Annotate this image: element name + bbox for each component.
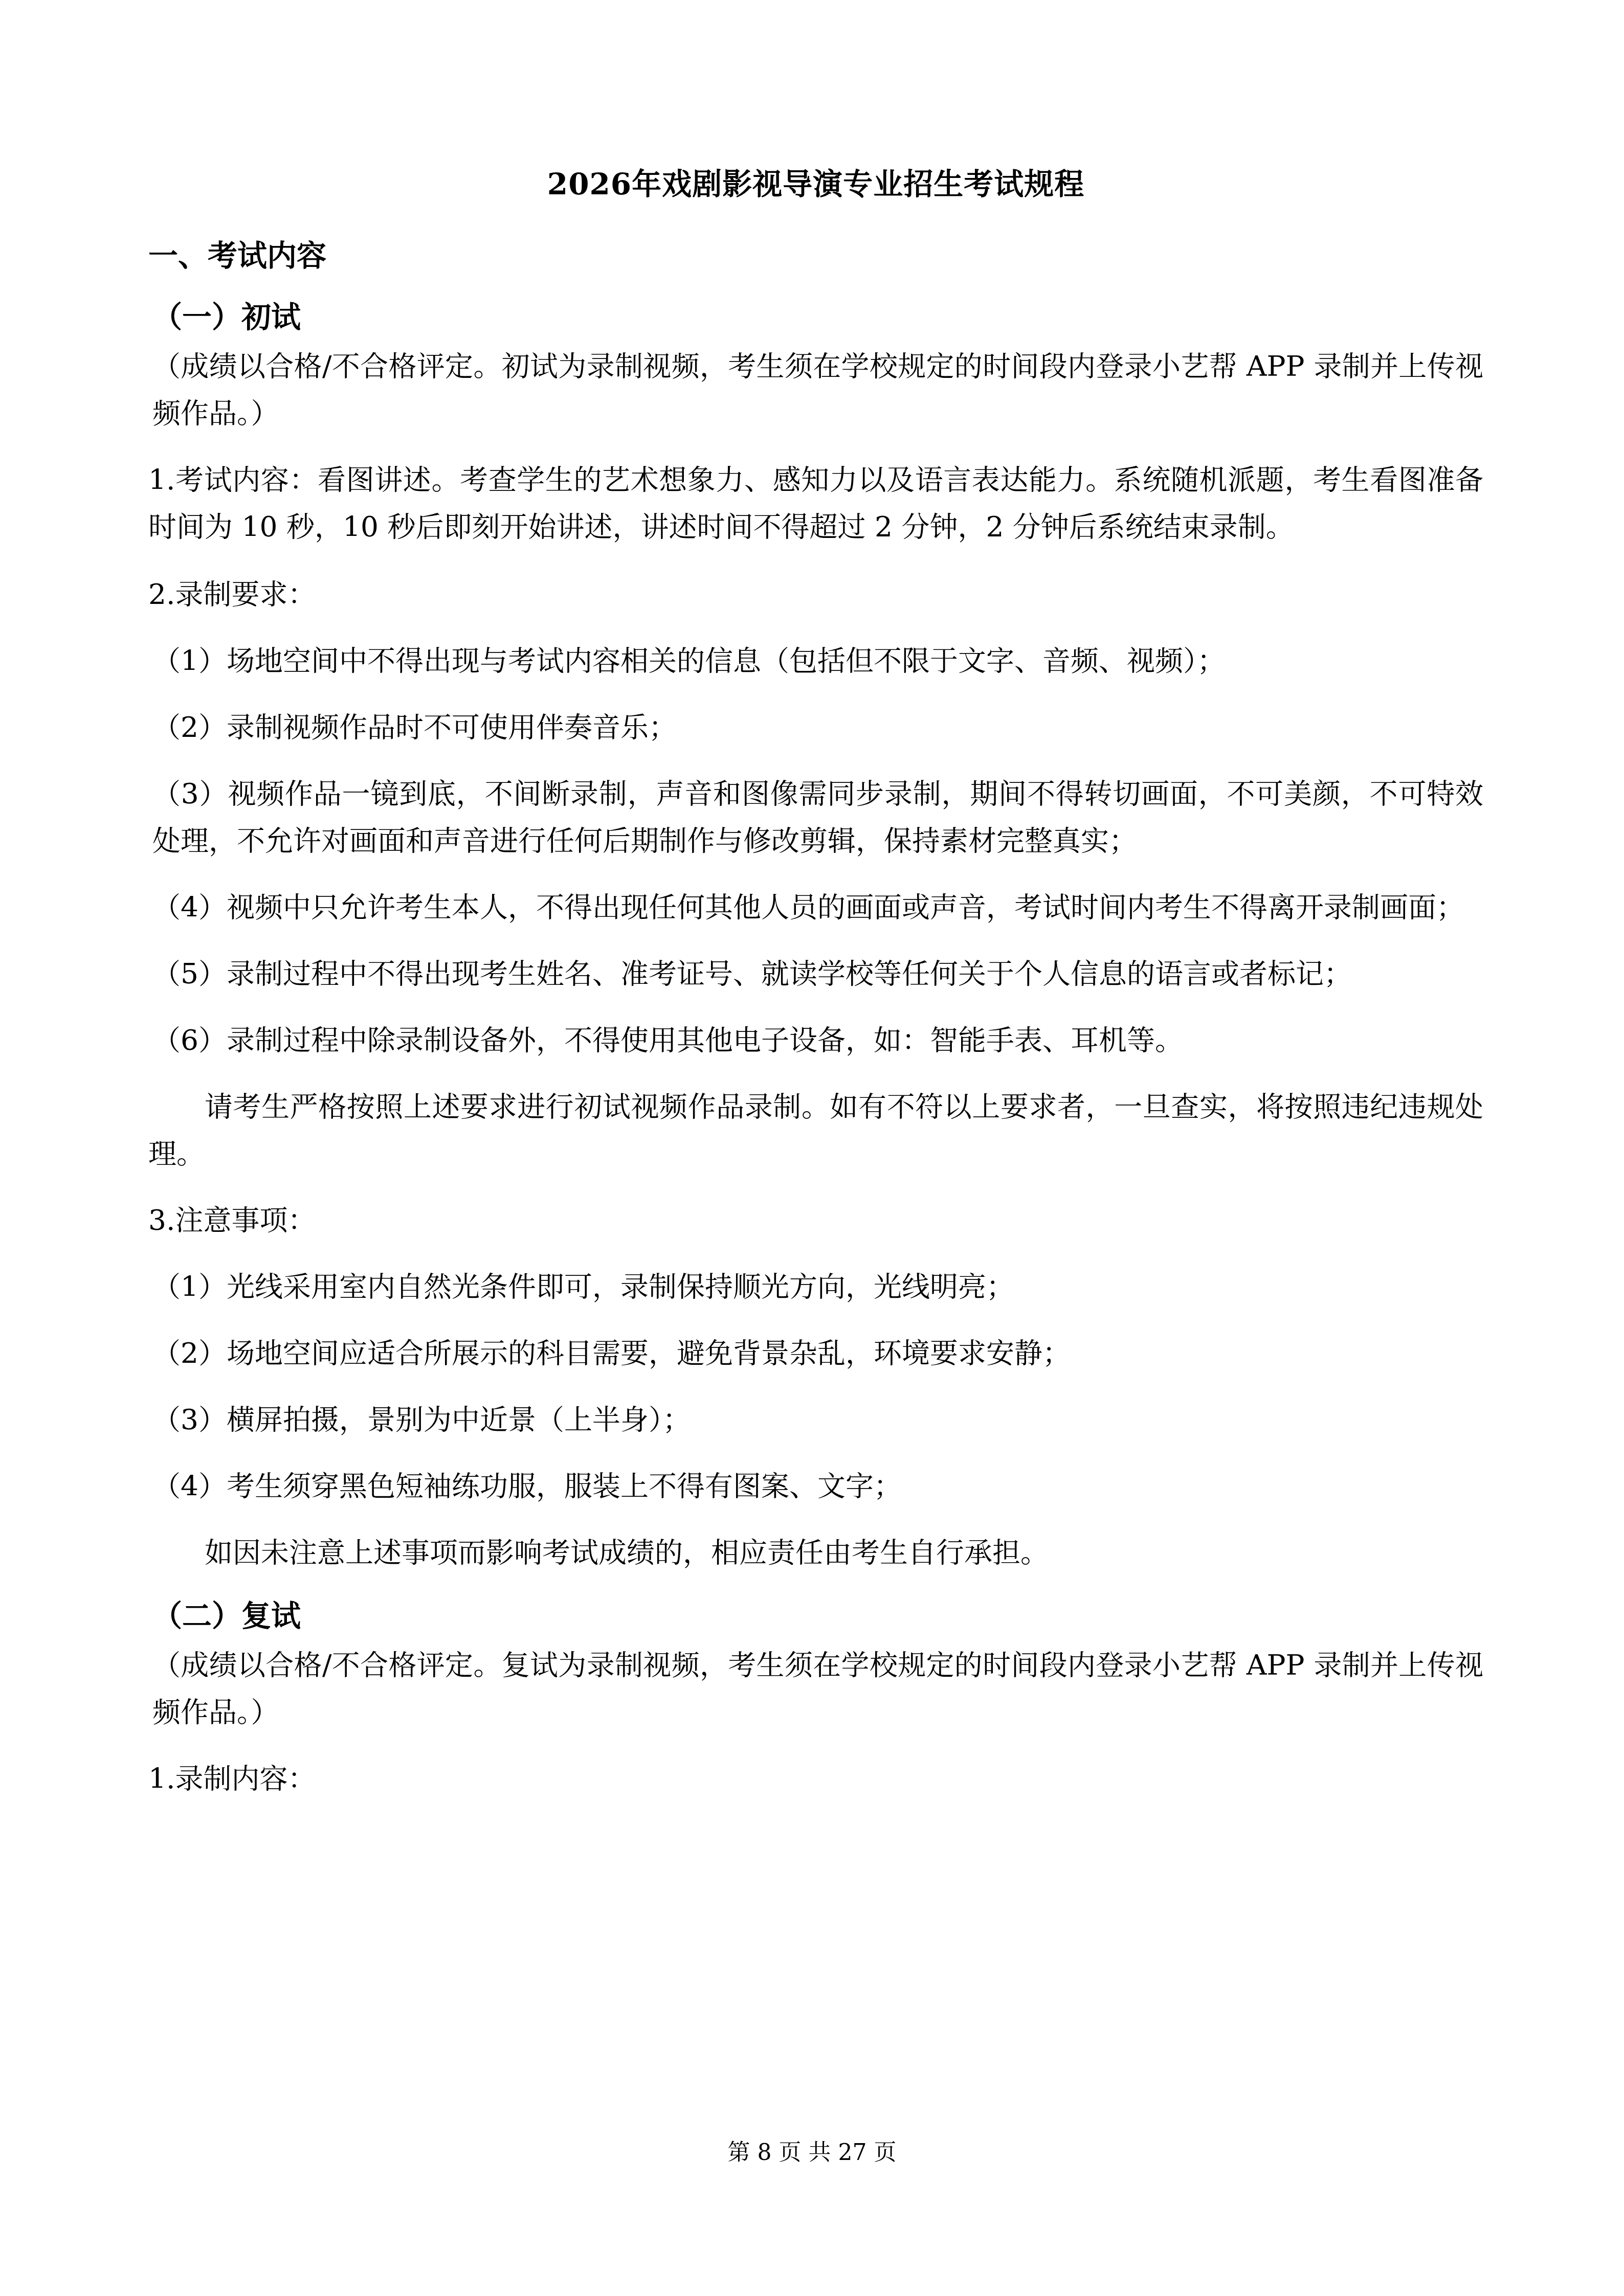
document-page: 2026年戏剧影视导演专业招生考试规程 一、考试内容 （一）初试 （成绩以合格/…: [0, 0, 1624, 2296]
recording-requirement-1: （1）场地空间中不得出现与考试内容相关的信息（包括但不限于文字、音频、视频）；: [148, 637, 1483, 684]
recording-requirement-4: （4）视频中只允许考生本人，不得出现任何其他人员的画面或声音，考试时间内考生不得…: [148, 884, 1483, 931]
section-heading-exam-content: 一、考试内容: [148, 235, 1483, 276]
recording-content-heading: 1.录制内容：: [148, 1755, 1483, 1802]
page-number-footer: 第 8 页 共 27 页: [0, 2137, 1624, 2168]
preliminary-note: （成绩以合格/不合格评定。初试为录制视频，考生须在学校规定的时间段内登录小艺帮 …: [148, 343, 1483, 437]
recording-requirement-5: （5）录制过程中不得出现考生姓名、准考证号、就读学校等任何关于个人信息的语言或者…: [148, 950, 1483, 997]
notice-2: （2）场地空间应适合所展示的科目需要，避免背景杂乱，环境要求安静；: [148, 1330, 1483, 1377]
subsection-heading-second-round: （二）复试: [148, 1595, 1483, 1636]
document-title: 2026年戏剧影视导演专业招生考试规程: [148, 164, 1483, 205]
notices-warning: 如因未注意上述事项而影响考试成绩的，相应责任由考生自行承担。: [148, 1529, 1483, 1576]
recording-requirement-6: （6）录制过程中除录制设备外，不得使用其他电子设备，如：智能手表、耳机等。: [148, 1017, 1483, 1064]
document-body: 2026年戏剧影视导演专业招生考试规程 一、考试内容 （一）初试 （成绩以合格/…: [148, 164, 1483, 1822]
recording-requirement-3: （3）视频作品一镜到底，不间断录制，声音和图像需同步录制，期间不得转切画面，不可…: [148, 770, 1483, 864]
subsection-heading-preliminary: （一）初试: [148, 297, 1483, 337]
recording-warning: 请考生严格按照上述要求进行初试视频作品录制。如有不符以上要求者，一旦查实，将按照…: [148, 1083, 1483, 1177]
notice-3: （3）横屏拍摄，景别为中近景（上半身）；: [148, 1396, 1483, 1443]
recording-requirements-heading: 2.录制要求：: [148, 571, 1483, 618]
second-round-note: （成绩以合格/不合格评定。复试为录制视频，考生须在学校规定的时间段内登录小艺帮 …: [148, 1641, 1483, 1736]
preliminary-exam-content: 1.考试内容：看图讲述。考查学生的艺术想象力、感知力以及语言表达能力。系统随机派…: [148, 456, 1483, 550]
recording-requirement-2: （2）录制视频作品时不可使用伴奏音乐；: [148, 704, 1483, 751]
notice-1: （1）光线采用室内自然光条件即可，录制保持顺光方向，光线明亮；: [148, 1263, 1483, 1310]
notices-heading: 3.注意事项：: [148, 1197, 1483, 1244]
notice-4: （4）考生须穿黑色短袖练功服，服装上不得有图案、文字；: [148, 1462, 1483, 1510]
